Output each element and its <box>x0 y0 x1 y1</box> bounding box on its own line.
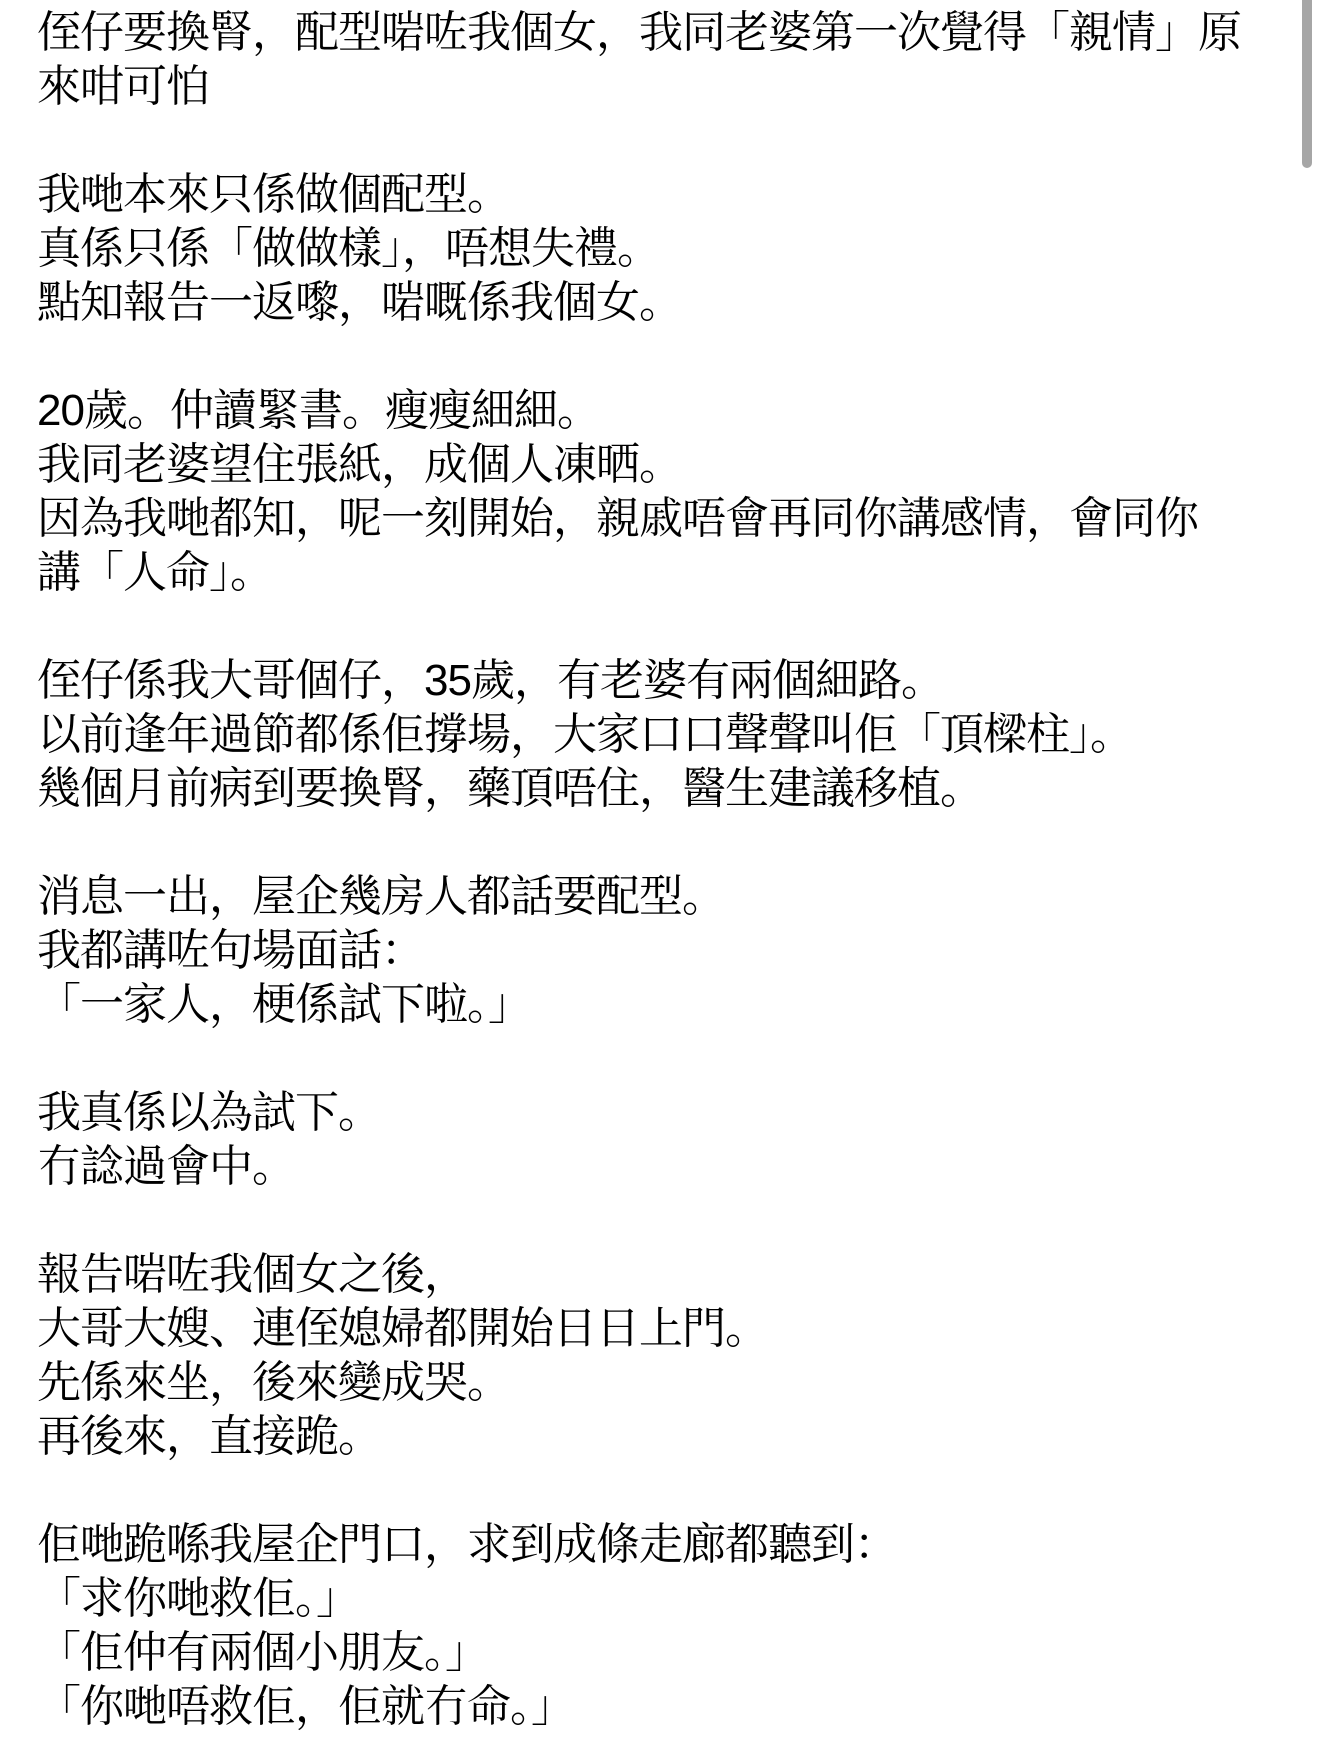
text-line: 侄仔要換腎，配型啱咗我個女，我同老婆第一次覺得「親情」原 <box>37 6 1280 60</box>
paragraph: 侄仔要換腎，配型啱咗我個女，我同老婆第一次覺得「親情」原來咁可怕 <box>37 6 1280 114</box>
text-line: 點知報告一返嚟，啱嘅係我個女。 <box>37 276 1280 330</box>
text-line: 侄仔係我大哥個仔，35歲，有老婆有兩個細路。 <box>37 654 1280 708</box>
text-line: 冇諗過會中。 <box>37 1140 1280 1194</box>
text-line: 「佢仲有兩個小朋友。」 <box>37 1626 1280 1680</box>
text-line: 消息一出，屋企幾房人都話要配型。 <box>37 870 1280 924</box>
paragraph: 20歲。仲讀緊書。瘦瘦細細。我同老婆望住張紙，成個人凍晒。因為我哋都知，呢一刻開… <box>37 384 1280 600</box>
text-line: 我都講咗句場面話： <box>37 924 1280 978</box>
text-line: 佢哋跪喺我屋企門口，求到成條走廊都聽到： <box>37 1518 1280 1572</box>
article-text: 侄仔要換腎，配型啱咗我個女，我同老婆第一次覺得「親情」原來咁可怕我哋本來只係做個… <box>0 0 1320 1734</box>
text-line: 先係來坐，後來變成哭。 <box>37 1356 1280 1410</box>
paragraph: 消息一出，屋企幾房人都話要配型。我都講咗句場面話：「一家人，梗係試下啦。」 <box>37 870 1280 1032</box>
text-line: 講「人命」。 <box>37 546 1280 600</box>
paragraph: 我真係以為試下。冇諗過會中。 <box>37 1086 1280 1194</box>
text-line: 來咁可怕 <box>37 60 1280 114</box>
text-line: 我真係以為試下。 <box>37 1086 1280 1140</box>
text-line: 「你哋唔救佢，佢就冇命。」 <box>37 1680 1280 1734</box>
text-line: 因為我哋都知，呢一刻開始，親戚唔會再同你講感情，會同你 <box>37 492 1280 546</box>
text-line: 大哥大嫂、連侄媳婦都開始日日上門。 <box>37 1302 1280 1356</box>
text-line: 我同老婆望住張紙，成個人凍晒。 <box>37 438 1280 492</box>
text-line: 真係只係「做做樣」，唔想失禮。 <box>37 222 1280 276</box>
text-line: 以前逢年過節都係佢撐場，大家口口聲聲叫佢「頂樑柱」。 <box>37 708 1280 762</box>
text-line: 報告啱咗我個女之後， <box>37 1248 1280 1302</box>
paragraph: 我哋本來只係做個配型。真係只係「做做樣」，唔想失禮。點知報告一返嚟，啱嘅係我個女… <box>37 168 1280 330</box>
text-line: 幾個月前病到要換腎，藥頂唔住，醫生建議移植。 <box>37 762 1280 816</box>
text-line: 「求你哋救佢。」 <box>37 1572 1280 1626</box>
text-line: 我哋本來只係做個配型。 <box>37 168 1280 222</box>
text-line: 20歲。仲讀緊書。瘦瘦細細。 <box>37 384 1280 438</box>
paragraph: 侄仔係我大哥個仔，35歲，有老婆有兩個細路。以前逢年過節都係佢撐場，大家口口聲聲… <box>37 654 1280 816</box>
paragraph: 佢哋跪喺我屋企門口，求到成條走廊都聽到：「求你哋救佢。」「佢仲有兩個小朋友。」「… <box>37 1518 1280 1734</box>
text-line: 再後來，直接跪。 <box>37 1410 1280 1464</box>
paragraph: 報告啱咗我個女之後，大哥大嫂、連侄媳婦都開始日日上門。先係來坐，後來變成哭。再後… <box>37 1248 1280 1464</box>
scrollbar-thumb[interactable] <box>1302 0 1312 168</box>
text-line: 「一家人，梗係試下啦。」 <box>37 978 1280 1032</box>
